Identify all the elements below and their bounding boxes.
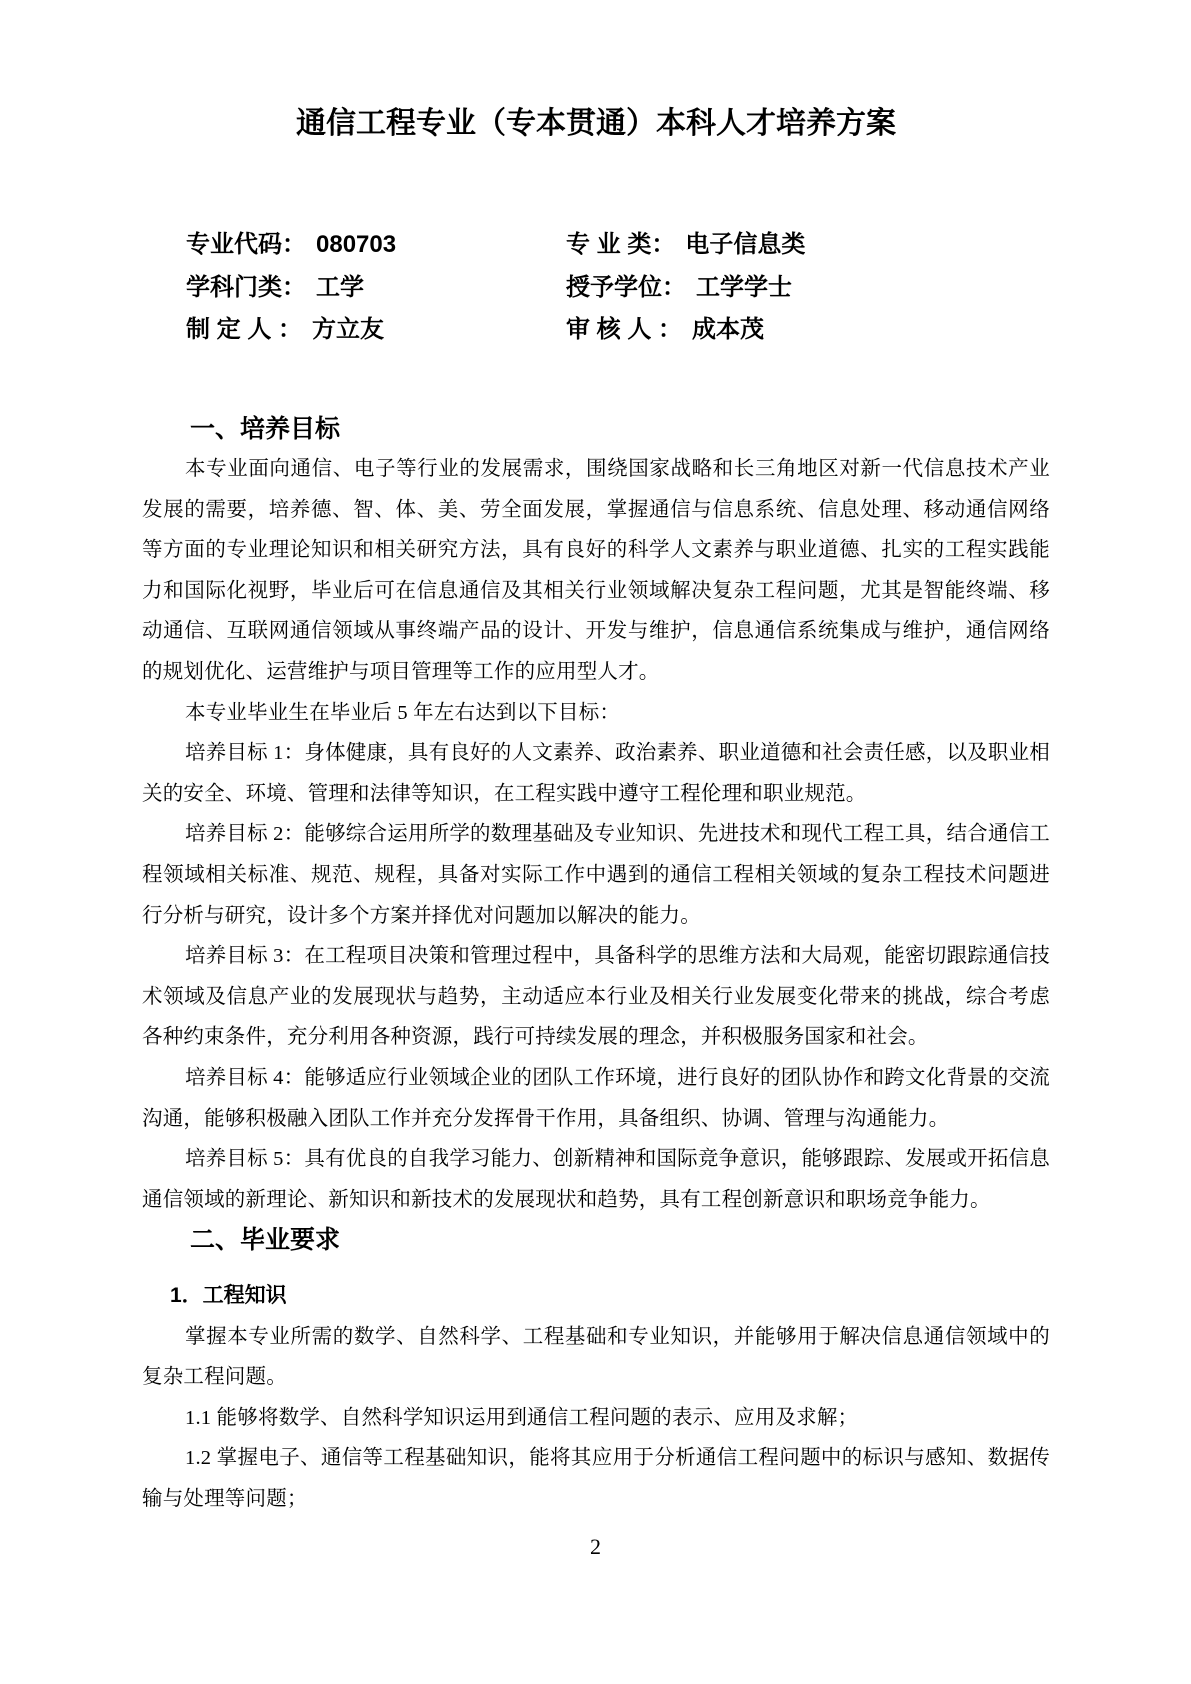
meta-value-discipline: 工学: [316, 273, 364, 303]
meta-value-degree: 工学学士: [696, 273, 792, 303]
meta-row-discipline: 学科门类：工学 授予学位：工学学士: [142, 273, 1050, 316]
meta-label-author: 制 定 人 ：: [186, 316, 302, 343]
subsection-heading-engineering-knowledge: 1．工程知识: [142, 1276, 1050, 1317]
meta-cell-major-code: 专业代码：080703: [186, 230, 396, 260]
meta-table: 专业代码：080703 专 业 类：电子信息类 学科门类：工学 授予学位：工学学…: [142, 230, 1050, 358]
paragraph-goal-1: 培养目标 1：身体健康，具有良好的人文素养、政治素养、职业道德和社会责任感，以及…: [142, 733, 1050, 814]
document-title: 通信工程专业（专本贯通）本科人才培养方案: [142, 106, 1050, 142]
meta-cell-degree: 授予学位：工学学士: [566, 273, 792, 303]
paragraph-goal-4: 培养目标 4：能够适应行业领域企业的团队工作环境，进行良好的团队协作和跨文化背景…: [142, 1058, 1050, 1139]
paragraph-req-1-2: 1.2 掌握电子、通信等工程基础知识，能将其应用于分析通信工程问题中的标识与感知…: [142, 1438, 1050, 1519]
meta-value-major-category: 电子信息类: [685, 230, 805, 260]
meta-cell-reviewer: 审 核 人 ：成本茂: [566, 315, 764, 345]
paragraph-req-1: 掌握本专业所需的数学、自然科学、工程基础和专业知识，并能够用于解决信息通信领域中…: [142, 1317, 1050, 1398]
paragraph-goal-3: 培养目标 3：在工程项目决策和管理过程中，具备科学的思维方法和大局观，能密切跟踪…: [142, 936, 1050, 1058]
meta-value-author: 方立友: [312, 315, 384, 345]
section-heading-training-objectives: 一、培养目标: [142, 409, 1050, 450]
section-heading-graduation-requirements: 二、毕业要求: [142, 1220, 1050, 1261]
paragraph-req-1-1: 1.1 能够将数学、自然科学知识运用到通信工程问题的表示、应用及求解；: [142, 1398, 1050, 1439]
meta-value-reviewer: 成本茂: [692, 315, 764, 345]
paragraph-goal-5: 培养目标 5：具有优良的自我学习能力、创新精神和国际竞争意识，能够跟踪、发展或开…: [142, 1139, 1050, 1220]
meta-cell-major-category: 专 业 类：电子信息类: [566, 230, 805, 260]
meta-label-discipline: 学科门类：: [186, 274, 306, 301]
meta-label-major-category: 专 业 类：: [566, 231, 675, 258]
paragraph-goal-intro: 本专业毕业生在毕业后 5 年左右达到以下目标：: [142, 693, 1050, 734]
meta-label-reviewer: 审 核 人 ：: [566, 316, 682, 343]
meta-label-degree: 授予学位：: [566, 274, 686, 301]
meta-cell-discipline: 学科门类：工学: [186, 273, 364, 303]
meta-value-major-code: 080703: [316, 230, 396, 260]
paragraph-overview: 本专业面向通信、电子等行业的发展需求，围绕国家战略和长三角地区对新一代信息技术产…: [142, 449, 1050, 693]
meta-cell-author: 制 定 人 ：方立友: [186, 315, 384, 345]
document-page: 通信工程专业（专本贯通）本科人才培养方案 专业代码：080703 专 业 类：电…: [0, 0, 1191, 1684]
paragraph-goal-2: 培养目标 2：能够综合运用所学的数理基础及专业知识、先进技术和现代工程工具，结合…: [142, 814, 1050, 936]
meta-row-author: 制 定 人 ：方立友 审 核 人 ：成本茂: [142, 315, 1050, 358]
meta-row-major-code: 专业代码：080703 专 业 类：电子信息类: [142, 230, 1050, 273]
page-number: 2: [0, 1533, 1191, 1561]
meta-label-major-code: 专业代码：: [186, 231, 306, 258]
